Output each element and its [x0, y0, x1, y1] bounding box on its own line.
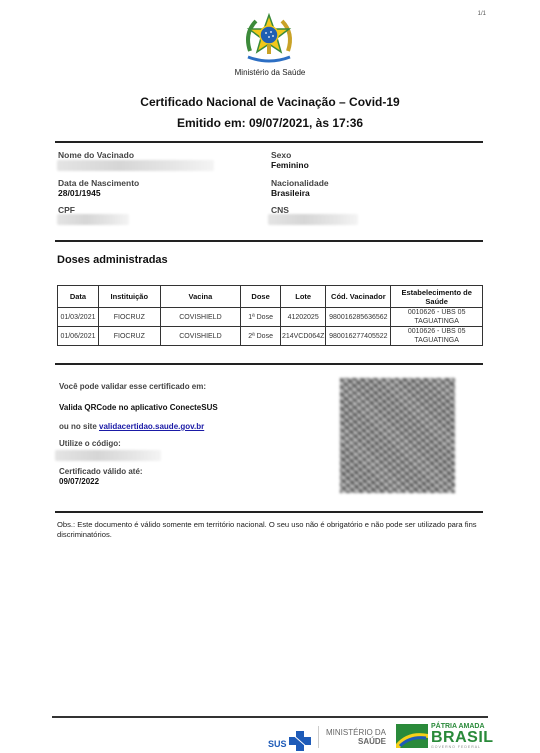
- column-header: Vacina: [160, 286, 241, 308]
- valid-until-label: Certificado válido até:: [59, 467, 143, 476]
- code-label: Utilize o código:: [59, 439, 121, 448]
- table-cell: 980016277405522: [326, 327, 391, 346]
- validation-intro: Você pode validar esse certificado em:: [59, 382, 206, 391]
- table-cell: FIOCRUZ: [98, 327, 160, 346]
- code-value-redacted: [55, 450, 161, 461]
- brazil-coat-of-arms-icon: [240, 11, 298, 67]
- footer-divider: [52, 716, 488, 718]
- column-header: Estabelecimento de Saúde: [391, 286, 483, 308]
- column-header: Lote: [280, 286, 325, 308]
- divider: [55, 511, 483, 513]
- sex-value: Feminino: [271, 160, 309, 170]
- divider: [55, 240, 483, 242]
- table-cell: 1ª Dose: [241, 308, 281, 327]
- ministry-line1: MINISTÉRIO DA: [326, 728, 386, 737]
- sus-logo: SUS: [268, 731, 311, 753]
- table-row: 01/03/2021 FIOCRUZ COVISHIELD 1ª Dose 41…: [58, 308, 483, 327]
- table-cell: 2ª Dose: [241, 327, 281, 346]
- table-cell: 980016285636562: [326, 308, 391, 327]
- column-header: Instituição: [98, 286, 160, 308]
- cpf-value-redacted: [57, 214, 129, 225]
- cns-value-redacted: [268, 214, 358, 225]
- issued-date: Emitido em: 09/07/2021, às 17:36: [0, 116, 540, 130]
- validation-site-line: ou no site validacertidao.saude.gov.br: [59, 422, 204, 431]
- sus-cross-icon: [289, 731, 311, 753]
- divider: [55, 363, 483, 365]
- patria-line2: BRASIL: [431, 730, 494, 746]
- sex-label: Sexo: [271, 150, 291, 160]
- table-cell: COVISHIELD: [160, 327, 241, 346]
- ministry-logo: MINISTÉRIO DA SAÚDE: [326, 728, 386, 746]
- table-row: 01/06/2021 FIOCRUZ COVISHIELD 2ª Dose 21…: [58, 327, 483, 346]
- name-value-redacted: [57, 160, 214, 171]
- patria-amada-logo: PÁTRIA AMADA BRASIL GOVERNO FEDERAL: [431, 723, 494, 750]
- table-cell: 01/03/2021: [58, 308, 99, 327]
- table-cell: COVISHIELD: [160, 308, 241, 327]
- qr-code-icon: [340, 378, 455, 493]
- sus-text: SUS: [268, 739, 287, 749]
- certificate-title: Certificado Nacional de Vacinação – Covi…: [0, 95, 540, 109]
- observation-note: Obs.: Este documento é válido somente em…: [57, 520, 487, 540]
- column-header: Data: [58, 286, 99, 308]
- nationality-value: Brasileira: [271, 188, 310, 198]
- site-prefix: ou no site: [59, 422, 99, 431]
- table-cell: 01/06/2021: [58, 327, 99, 346]
- birth-value: 28/01/1945: [58, 188, 101, 198]
- table-cell: 41202025: [280, 308, 325, 327]
- divider: [55, 141, 483, 143]
- brazil-flag-icon: [396, 724, 428, 748]
- name-label: Nome do Vacinado: [58, 150, 134, 160]
- table-cell: 0010626 - UBS 05 TAGUATINGA: [391, 308, 483, 327]
- valid-until-value: 09/07/2022: [59, 477, 99, 486]
- doses-section-title: Doses administradas: [57, 254, 168, 266]
- nationality-label: Nacionalidade: [271, 178, 329, 188]
- ministry-line2: SAÚDE: [326, 737, 386, 746]
- table-header-row: Data Instituição Vacina Dose Lote Cód. V…: [58, 286, 483, 308]
- table-cell: 0010626 - UBS 05 TAGUATINGA: [391, 327, 483, 346]
- column-header: Dose: [241, 286, 281, 308]
- table-cell: FIOCRUZ: [98, 308, 160, 327]
- patria-line3: GOVERNO FEDERAL: [431, 746, 494, 750]
- validation-app: Valida QRCode no aplicativo ConecteSUS: [59, 403, 218, 412]
- birth-label: Data de Nascimento: [58, 178, 139, 188]
- ministry-caption: Ministério da Saúde: [0, 68, 540, 77]
- column-header: Cód. Vacinador: [326, 286, 391, 308]
- page-indicator: 1/1: [478, 11, 486, 17]
- validation-site-link[interactable]: validacertidao.saude.gov.br: [99, 422, 204, 431]
- doses-table: Data Instituição Vacina Dose Lote Cód. V…: [57, 285, 483, 346]
- logo-separator: [318, 726, 319, 748]
- table-cell: 214VCD064Z: [280, 327, 325, 346]
